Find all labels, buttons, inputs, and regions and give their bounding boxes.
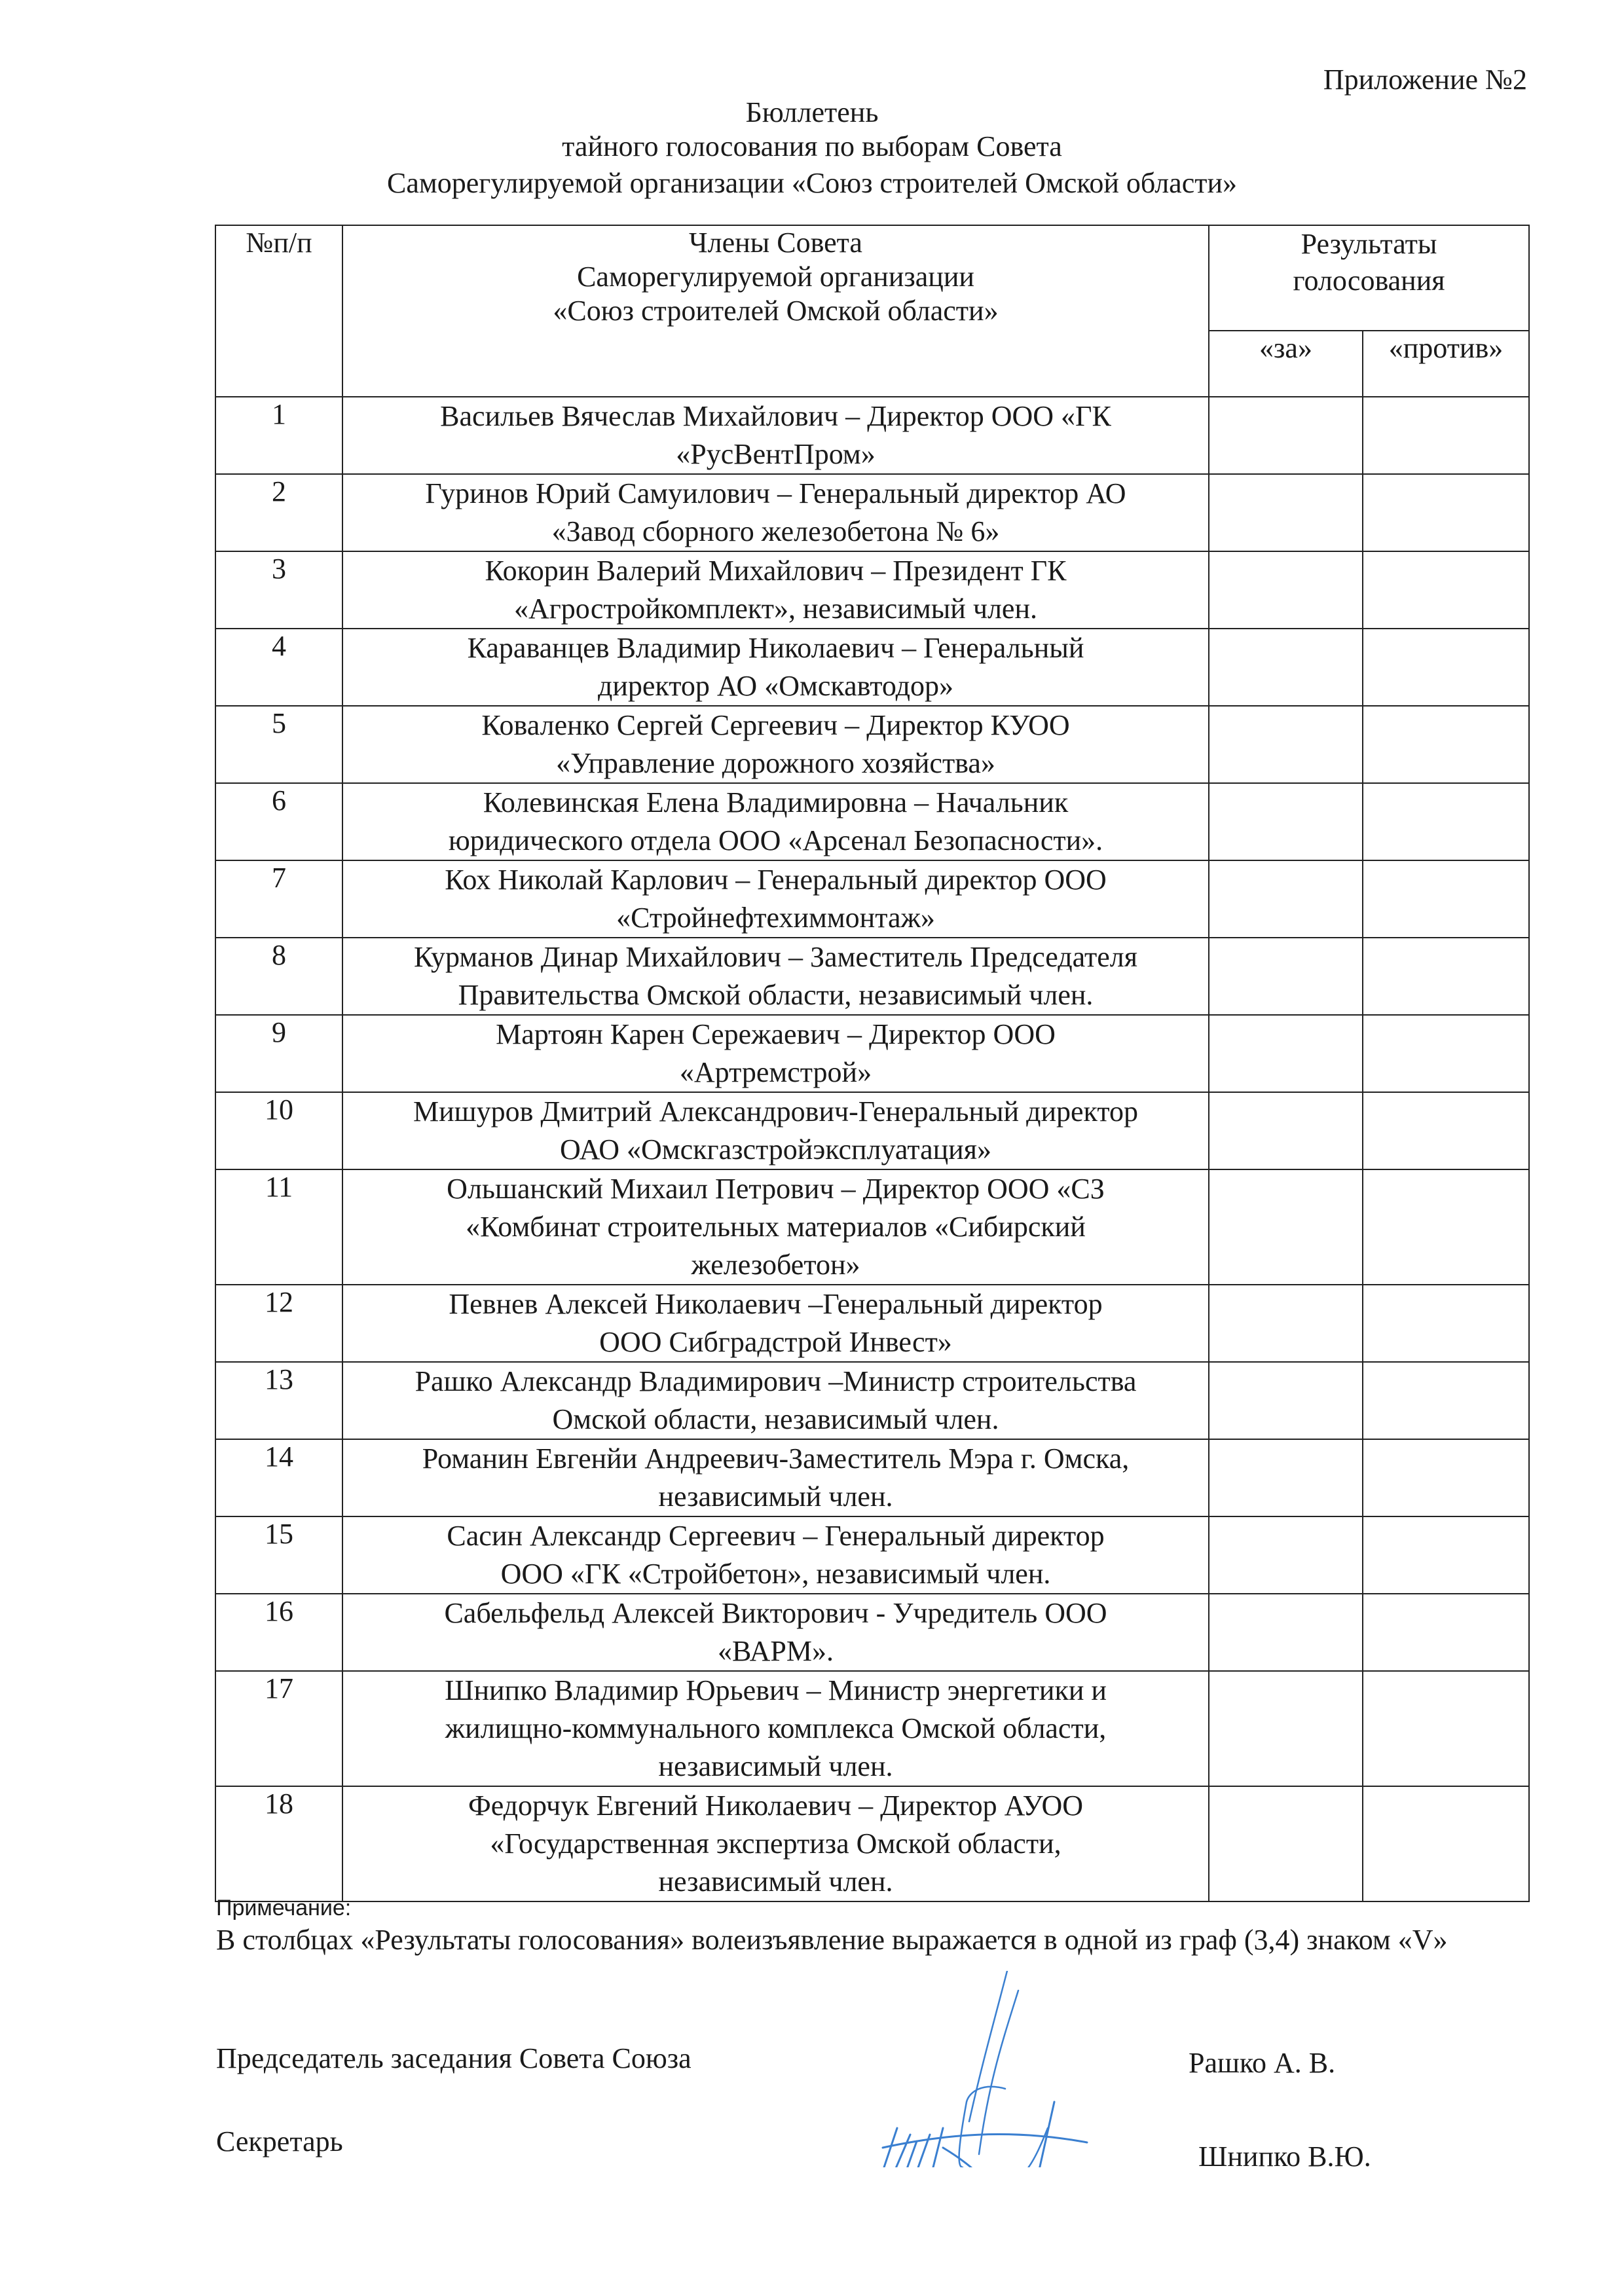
- member-line1: Рашко Александр Владимирович –Министр ст…: [343, 1363, 1208, 1401]
- chair-name: Рашко А. В.: [1189, 2046, 1335, 2080]
- table-row: 17Шнипко Владимир Юрьевич – Министр энер…: [215, 1671, 1529, 1786]
- ballot-table: №п/п Члены Совета Саморегулируемой орган…: [215, 225, 1530, 1902]
- row-number: 1: [215, 397, 342, 474]
- member-cell: Романин Евгенйи Андреевич-Заместитель Мэ…: [342, 1439, 1209, 1516]
- row-number: 4: [215, 629, 342, 706]
- member-line2: юридического отдела ООО «Арсенал Безопас…: [343, 822, 1208, 860]
- members-header-line2: Саморегулируемой организации: [343, 260, 1208, 294]
- member-line2: жилищно-коммунального комплекса Омской о…: [343, 1710, 1208, 1748]
- vote-against-cell[interactable]: [1363, 1285, 1529, 1362]
- member-line3: независимый член.: [343, 1863, 1208, 1901]
- vote-for-cell[interactable]: [1209, 1439, 1363, 1516]
- vote-for-cell[interactable]: [1209, 629, 1363, 706]
- table-row: 5Коваленко Сергей Сергеевич – Директор К…: [215, 706, 1529, 783]
- vote-for-cell[interactable]: [1209, 706, 1363, 783]
- member-cell: Шнипко Владимир Юрьевич – Министр энерге…: [342, 1671, 1209, 1786]
- member-cell: Рашко Александр Владимирович –Министр ст…: [342, 1362, 1209, 1439]
- member-line1: Шнипко Владимир Юрьевич – Министр энерге…: [343, 1672, 1208, 1710]
- vote-against-cell[interactable]: [1363, 1671, 1529, 1786]
- secretary-role: Секретарь: [216, 2125, 343, 2158]
- vote-for-cell[interactable]: [1209, 474, 1363, 551]
- note-label: Примечание:: [216, 1896, 351, 1921]
- member-cell: Сабельфельд Алексей Викторович - Учредит…: [342, 1594, 1209, 1671]
- member-line1: Васильев Вячеслав Михайлович – Директор …: [343, 397, 1208, 435]
- appendix-label: Приложение №2: [1323, 63, 1527, 96]
- member-line3: независимый член.: [343, 1748, 1208, 1786]
- row-number: 3: [215, 551, 342, 629]
- vote-for-cell[interactable]: [1209, 938, 1363, 1015]
- member-cell: Курманов Динар Михайлович – Заместитель …: [342, 938, 1209, 1015]
- results-header-line2: голосования: [1209, 263, 1528, 299]
- row-number: 15: [215, 1516, 342, 1594]
- vote-for-cell[interactable]: [1209, 1285, 1363, 1362]
- vote-for-cell[interactable]: [1209, 1015, 1363, 1092]
- member-line1: Караванцев Владимир Николаевич – Генерал…: [343, 629, 1208, 667]
- table-row: 12Певнев Алексей Николаевич –Генеральный…: [215, 1285, 1529, 1362]
- secretary-name: Шнипко В.Ю.: [1198, 2140, 1371, 2173]
- vote-for-cell[interactable]: [1209, 1362, 1363, 1439]
- row-number: 18: [215, 1786, 342, 1901]
- table-row: 16Сабельфельд Алексей Викторович - Учред…: [215, 1594, 1529, 1671]
- member-cell: Мишуров Дмитрий Александрович-Генеральны…: [342, 1092, 1209, 1169]
- table-row: 14Романин Евгенйи Андреевич-Заместитель …: [215, 1439, 1529, 1516]
- member-cell: Коваленко Сергей Сергеевич – Директор КУ…: [342, 706, 1209, 783]
- note-text: В столбцах «Результаты голосования» воле…: [216, 1922, 1528, 1958]
- member-line1: Сабельфельд Алексей Викторович - Учредит…: [343, 1594, 1208, 1632]
- member-line2: «Агростройкомплект», независимый член.: [343, 590, 1208, 628]
- row-number: 13: [215, 1362, 342, 1439]
- members-header-line3: «Союз строителей Омской области»: [343, 294, 1208, 328]
- vote-for-cell[interactable]: [1209, 1516, 1363, 1594]
- vote-against-cell[interactable]: [1363, 551, 1529, 629]
- member-line1: Кох Николай Карлович – Генеральный дирек…: [343, 861, 1208, 899]
- member-line2: Правительства Омской области, независимы…: [343, 976, 1208, 1014]
- column-header-for: «за»: [1209, 331, 1363, 397]
- member-line1: Ольшанский Михаил Петрович – Директор ОО…: [343, 1170, 1208, 1208]
- member-cell: Сасин Александр Сергеевич – Генеральный …: [342, 1516, 1209, 1594]
- column-header-number: №п/п: [215, 225, 342, 397]
- vote-against-cell[interactable]: [1363, 1439, 1529, 1516]
- member-line2: «Завод сборного железобетона № 6»: [343, 513, 1208, 551]
- row-number: 16: [215, 1594, 342, 1671]
- member-cell: Караванцев Владимир Николаевич – Генерал…: [342, 629, 1209, 706]
- member-line2: ООО Сибградстрой Инвест»: [343, 1323, 1208, 1361]
- member-cell: Ольшанский Михаил Петрович – Директор ОО…: [342, 1169, 1209, 1285]
- table-row: 2Гуринов Юрий Самуилович – Генеральный д…: [215, 474, 1529, 551]
- member-line2: «РусВентПром»: [343, 435, 1208, 473]
- row-number: 14: [215, 1439, 342, 1516]
- table-row: 15Сасин Александр Сергеевич – Генеральны…: [215, 1516, 1529, 1594]
- secretary-signature: [877, 2102, 1087, 2167]
- member-line1: Романин Евгенйи Андреевич-Заместитель Мэ…: [343, 1440, 1208, 1478]
- member-cell: Певнев Алексей Николаевич –Генеральный д…: [342, 1285, 1209, 1362]
- member-line1: Курманов Динар Михайлович – Заместитель …: [343, 938, 1208, 976]
- table-row: 10Мишуров Дмитрий Александрович-Генераль…: [215, 1092, 1529, 1169]
- member-line2: «ВАРМ».: [343, 1632, 1208, 1670]
- column-header-against: «против»: [1363, 331, 1529, 397]
- row-number: 6: [215, 783, 342, 860]
- member-line2: директор АО «Омскавтодор»: [343, 667, 1208, 705]
- table-row: 4Караванцев Владимир Николаевич – Генера…: [215, 629, 1529, 706]
- member-line1: Сасин Александр Сергеевич – Генеральный …: [343, 1517, 1208, 1555]
- member-line1: Колевинская Елена Владимировна – Начальн…: [343, 784, 1208, 822]
- member-cell: Кох Николай Карлович – Генеральный дирек…: [342, 860, 1209, 938]
- member-cell: Мартоян Карен Сережаевич – Директор ООО«…: [342, 1015, 1209, 1092]
- table-row: 3Кокорин Валерий Михайлович – Президент …: [215, 551, 1529, 629]
- vote-for-cell[interactable]: [1209, 1092, 1363, 1169]
- member-line1: Федорчук Евгений Николаевич – Директор А…: [343, 1787, 1208, 1825]
- table-row: 8Курманов Динар Михайлович – Заместитель…: [215, 938, 1529, 1015]
- member-line1: Коваленко Сергей Сергеевич – Директор КУ…: [343, 707, 1208, 744]
- member-line2: «Комбинат строительных материалов «Сибир…: [343, 1208, 1208, 1246]
- vote-for-cell[interactable]: [1209, 1169, 1363, 1285]
- vote-against-cell[interactable]: [1363, 1015, 1529, 1092]
- document-subtitle-2: Саморегулируемой организации «Союз строи…: [0, 166, 1624, 200]
- member-line1: Певнев Алексей Николаевич –Генеральный д…: [343, 1285, 1208, 1323]
- chair-signature: [959, 1971, 1018, 2167]
- member-line2: ОАО «Омскгазстройэксплуатация»: [343, 1131, 1208, 1169]
- table-row: 11Ольшанский Михаил Петрович – Директор …: [215, 1169, 1529, 1285]
- vote-against-cell[interactable]: [1363, 1516, 1529, 1594]
- vote-for-cell[interactable]: [1209, 551, 1363, 629]
- member-line2: ООО «ГК «Стройбетон», независимый член.: [343, 1555, 1208, 1593]
- row-number: 11: [215, 1169, 342, 1285]
- row-number: 17: [215, 1671, 342, 1786]
- row-number: 10: [215, 1092, 342, 1169]
- member-line1: Кокорин Валерий Михайлович – Президент Г…: [343, 552, 1208, 590]
- vote-against-cell[interactable]: [1363, 474, 1529, 551]
- column-header-members: Члены Совета Саморегулируемой организаци…: [342, 225, 1209, 397]
- vote-against-cell[interactable]: [1363, 860, 1529, 938]
- table-row: 1Васильев Вячеслав Михайлович – Директор…: [215, 397, 1529, 474]
- row-number: 7: [215, 860, 342, 938]
- vote-against-cell[interactable]: [1363, 1169, 1529, 1285]
- row-number: 5: [215, 706, 342, 783]
- member-line2: «Государственная экспертиза Омской облас…: [343, 1825, 1208, 1863]
- member-cell: Кокорин Валерий Михайлович – Президент Г…: [342, 551, 1209, 629]
- vote-for-cell[interactable]: [1209, 1594, 1363, 1671]
- table-row: 6Колевинская Елена Владимировна – Началь…: [215, 783, 1529, 860]
- document-title: Бюллетень: [0, 96, 1624, 130]
- member-cell: Колевинская Елена Владимировна – Начальн…: [342, 783, 1209, 860]
- vote-against-cell[interactable]: [1363, 1786, 1529, 1901]
- row-number: 8: [215, 938, 342, 1015]
- member-cell: Васильев Вячеслав Михайлович – Директор …: [342, 397, 1209, 474]
- vote-against-cell[interactable]: [1363, 706, 1529, 783]
- vote-against-cell[interactable]: [1363, 397, 1529, 474]
- vote-against-cell[interactable]: [1363, 1362, 1529, 1439]
- handwritten-signatures: [838, 1971, 1205, 2167]
- vote-against-cell[interactable]: [1363, 629, 1529, 706]
- vote-against-cell[interactable]: [1363, 1092, 1529, 1169]
- vote-for-cell[interactable]: [1209, 860, 1363, 938]
- member-cell: Гуринов Юрий Самуилович – Генеральный ди…: [342, 474, 1209, 551]
- vote-for-cell[interactable]: [1209, 397, 1363, 474]
- vote-against-cell[interactable]: [1363, 938, 1529, 1015]
- member-line1: Мишуров Дмитрий Александрович-Генеральны…: [343, 1093, 1208, 1131]
- chair-role: Председатель заседания Совета Союза: [216, 2042, 692, 2075]
- table-row: 13Рашко Александр Владимирович –Министр …: [215, 1362, 1529, 1439]
- member-cell: Федорчук Евгений Николаевич – Директор А…: [342, 1786, 1209, 1901]
- vote-for-cell[interactable]: [1209, 1786, 1363, 1901]
- member-line1: Гуринов Юрий Самуилович – Генеральный ди…: [343, 475, 1208, 513]
- vote-against-cell[interactable]: [1363, 783, 1529, 860]
- members-header-line1: Члены Совета: [343, 226, 1208, 260]
- document-subtitle-1: тайного голосования по выборам Совета: [0, 130, 1624, 164]
- table-row: 7Кох Николай Карлович – Генеральный дире…: [215, 860, 1529, 938]
- table-row: 18Федорчук Евгений Николаевич – Директор…: [215, 1786, 1529, 1901]
- row-number: 2: [215, 474, 342, 551]
- member-line2: «Управление дорожного хозяйства»: [343, 744, 1208, 782]
- vote-for-cell[interactable]: [1209, 1671, 1363, 1786]
- column-header-results: Результаты голосования: [1209, 225, 1529, 331]
- row-number: 9: [215, 1015, 342, 1092]
- member-line2: независимый член.: [343, 1478, 1208, 1516]
- member-line2: Омской области, независимый член.: [343, 1401, 1208, 1439]
- member-line3: железобетон»: [343, 1246, 1208, 1284]
- vote-against-cell[interactable]: [1363, 1594, 1529, 1671]
- member-line2: «Стройнефтехиммонтаж»: [343, 899, 1208, 937]
- vote-for-cell[interactable]: [1209, 783, 1363, 860]
- member-line2: «Артремстрой»: [343, 1054, 1208, 1092]
- table-row: 9Мартоян Карен Сережаевич – Директор ООО…: [215, 1015, 1529, 1092]
- row-number: 12: [215, 1285, 342, 1362]
- results-header-line1: Результаты: [1209, 226, 1528, 263]
- member-line1: Мартоян Карен Сережаевич – Директор ООО: [343, 1016, 1208, 1054]
